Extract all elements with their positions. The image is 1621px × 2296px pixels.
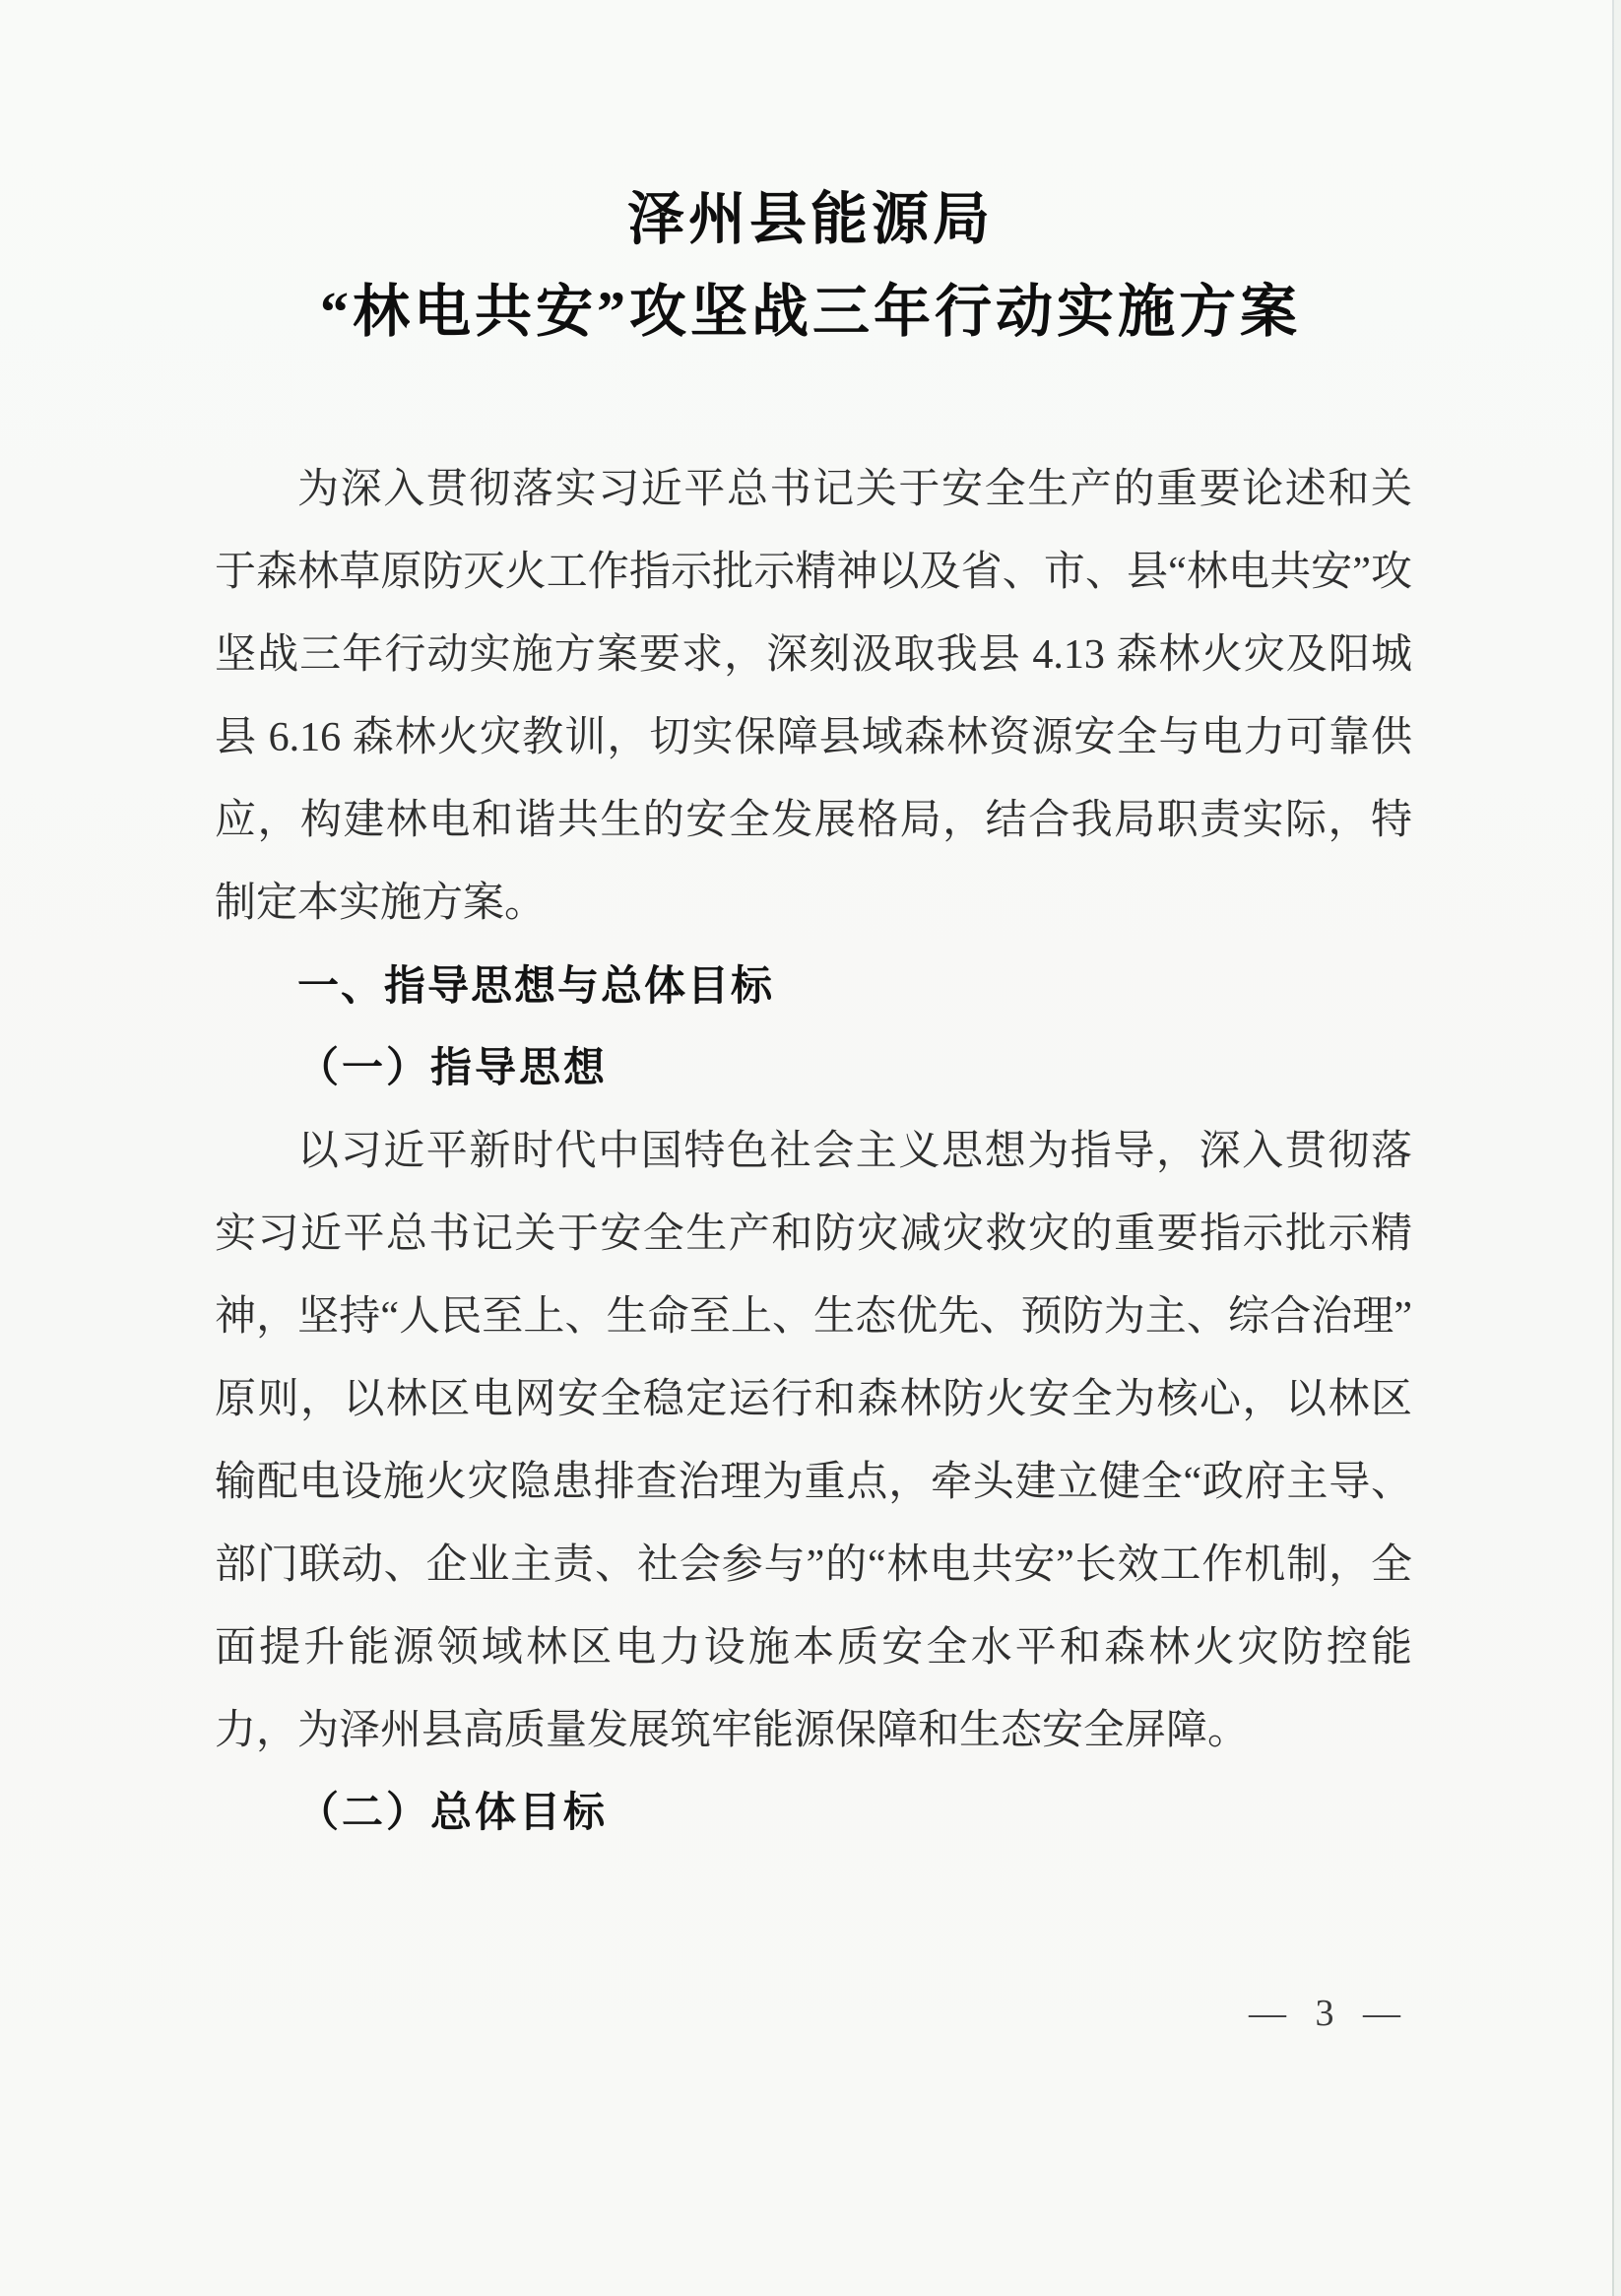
document-title-line-2: “林电共安”攻坚战三年行动实施方案: [0, 266, 1621, 359]
scan-edge-artifact: [1612, 0, 1614, 2296]
subsection-1-1-heading: （一）指导思想: [215, 1027, 1412, 1110]
document-page: 泽州县能源局 “林电共安”攻坚战三年行动实施方案 为深入贯彻落实习近平总书记关于…: [0, 0, 1621, 2296]
document-title-line-1: 泽州县能源局: [0, 173, 1621, 266]
scan-edge-strip: [1614, 0, 1621, 2296]
guiding-thought-paragraph: 以习近平新时代中国特色社会主义思想为指导，深入贯彻落实习近平总书记关于安全生产和…: [215, 1110, 1412, 1772]
document-title: 泽州县能源局 “林电共安”攻坚战三年行动实施方案: [0, 173, 1621, 359]
subsection-1-2-heading: （二）总体目标: [215, 1772, 1412, 1855]
page-number: — 3 —: [1249, 1992, 1410, 2035]
section-1-heading: 一、指导思想与总体目标: [215, 945, 1412, 1027]
intro-paragraph: 为深入贯彻落实习近平总书记关于安全生产的重要论述和关于森林草原防灭火工作指示批示…: [215, 448, 1412, 945]
document-body: 为深入贯彻落实习近平总书记关于安全生产的重要论述和关于森林草原防灭火工作指示批示…: [215, 448, 1412, 1855]
